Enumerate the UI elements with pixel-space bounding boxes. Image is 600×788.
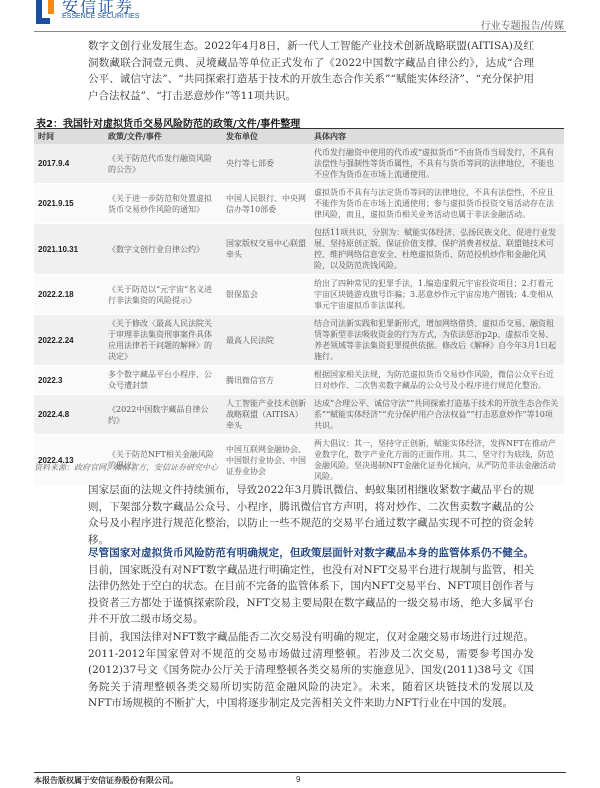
cell-date: 2017.9.4 [34, 144, 104, 184]
cell-policy: 《关于进一步防范和处置虚拟货币交易炒作风险的通知》 [104, 184, 222, 224]
report-type: 行业专题报告/传媒 [481, 17, 564, 32]
cell-date: 2021.10.31 [34, 224, 104, 275]
table-row: 2022.2.24《关于修改〈最高人民法院关于审理非法集资刑事案件具体应用法律若… [34, 315, 564, 366]
cell-policy: 多个数字藏品平台小程序、公众号遭封禁 [104, 366, 222, 395]
cell-date: 2022.4.8 [34, 395, 104, 435]
paragraph-3-body: 目前，国家既没有对NFT数字藏品进行明确定性，也没有对NFT交易平台进行规制与监… [88, 564, 534, 626]
cell-content: 结合司法新实践和犯罪新形式，增加网络借贷、虚拟币交易、融资租赁等新型非法吸收资金… [310, 315, 564, 366]
cell-content: 代币发行融资中使用的代币或“虚拟货币”不由货币当局发行，不具有法偿性与强制性等货… [310, 144, 564, 184]
cell-content: 虚拟货币不具有与法定货币等同的法律地位，不具有法偿性，不应且不能作为货币在市场上… [310, 184, 564, 224]
table-row: 2021.10.31《数字文创行业自律公约》国家版权交易中心联盟牵头包括11项共… [34, 224, 564, 275]
cell-issuer: 中国人民银行、中央网信办等10部委 [222, 184, 310, 224]
cell-policy: 《关于防范代币发行融资风险的公告》 [104, 144, 222, 184]
cell-date: 2021.9.15 [34, 184, 104, 224]
policy-table: 时间 政策/文件/事件 发布单位 具体内容 2017.9.4《关于防范代币发行融… [34, 128, 564, 486]
paragraph-1: 数字文创行业发展生态。2022年4月8日，新一代人工智能产业技术创新战略联盟(A… [88, 38, 534, 104]
cell-issuer: 人工智能产业技术创新战略联盟（AITISA）牵头 [222, 395, 310, 435]
cell-content: 根据国家相关法规，为防范虚拟货币交易炒作风险，微信公众平台近日对炒作、二次售卖数… [310, 366, 564, 395]
cell-issuer: 国家版权交易中心联盟牵头 [222, 224, 310, 275]
header-divider [34, 31, 566, 32]
cell-issuer: 央行等七部委 [222, 144, 310, 184]
logo-text-en: ESSENCE SECURITIES [62, 13, 139, 20]
paragraph-3: 尽管国家对虚拟货币风险防范有明确规定，但政策层面针对数字藏品本身的监管体系仍不健… [88, 545, 534, 628]
col-header-policy: 政策/文件/事件 [104, 129, 222, 145]
paragraph-2: 国家层面的法规文件持续颁布，导致2022年3月腾讯微信、蚂蚁集团相继收紧数字藏品… [88, 482, 534, 548]
cell-policy: 《关于防范NFT相关金融风险的倡议》 [104, 435, 222, 486]
cell-issuer: 最高人民法院 [222, 315, 310, 366]
paragraph-3-lead: 尽管国家对虚拟货币风险防范有明确规定，但政策层面针对数字藏品本身的监管体系仍不健… [88, 547, 534, 559]
cell-date: 2022.4.13 [34, 435, 104, 486]
table-row: 2022.2.18《关于防范以“元宇宙”名义进行非法集资的风险提示》银保监会给出… [34, 275, 564, 315]
table-row: 2021.9.15《关于进一步防范和处置虚拟货币交易炒作风险的通知》中国人民银行… [34, 184, 564, 224]
cell-content: 给出了四种常见的犯罪手法，1.编造虚假元宇宙投资项目；2.打着元宇宙区块链游戏旗… [310, 275, 564, 315]
cell-policy: 《2022中国数字藏品自律公约》 [104, 395, 222, 435]
table-source: 资料来源：政府官网、微信官方，安信证券研究中心 [34, 462, 218, 473]
page-number: 9 [296, 775, 300, 784]
col-header-issuer: 发布单位 [222, 129, 310, 145]
cell-policy: 《关于防范以“元宇宙”名义进行非法集资的风险提示》 [104, 275, 222, 315]
cell-date: 2022.3 [34, 366, 104, 395]
table-row: 2022.3多个数字藏品平台小程序、公众号遭封禁腾讯微信官方根据国家相关法规，为… [34, 366, 564, 395]
col-header-content: 具体内容 [310, 129, 564, 145]
logo-icon [36, 0, 54, 24]
table-row: 2022.4.13《关于防范NFT相关金融风险的倡议》中国互联网金融协会、中国银… [34, 435, 564, 486]
table-header-row: 时间 政策/文件/事件 发布单位 具体内容 [34, 129, 564, 145]
table-row: 2017.9.4《关于防范代币发行融资风险的公告》央行等七部委代币发行融资中使用… [34, 144, 564, 184]
cell-content: 两大倡议：其一，坚持守正创新，赋能实体经济，发挥NFT在推动产业数字化，数字产业… [310, 435, 564, 486]
table-row: 2022.4.8《2022中国数字藏品自律公约》人工智能产业技术创新战略联盟（A… [34, 395, 564, 435]
cell-policy: 《数字文创行业自律公约》 [104, 224, 222, 275]
cell-issuer: 腾讯微信官方 [222, 366, 310, 395]
cell-date: 2022.2.18 [34, 275, 104, 315]
cell-content: 达成“合理公平、诚信守法”“共同探索打造基于技术的开放生态合作关系”“赋能实体经… [310, 395, 564, 435]
cell-date: 2022.2.24 [34, 315, 104, 366]
cell-issuer: 中国互联网金融协会、中国银行业协会、中国证券业协会 [222, 435, 310, 486]
cell-issuer: 银保监会 [222, 275, 310, 315]
cell-content: 包括11项共识，分别为：赋能实体经济、弘扬民族文化、促进行业发展、坚持原创正版、… [310, 224, 564, 275]
page-header: 安信证券 ESSENCE SECURITIES 行业专题报告/传媒 [0, 0, 600, 36]
footer-divider [34, 772, 566, 773]
cell-policy: 《关于修改〈最高人民法院关于审理非法集资刑事案件具体应用法律若干问题的解释〉的决… [104, 315, 222, 366]
copyright-notice: 本报告版权属于安信证券股份有限公司。 [34, 775, 178, 786]
paragraph-4: 目前，我国法律对NFT数字藏品能否二次交易没有明确的规定，仅对金融交易市场进行过… [88, 629, 534, 712]
col-header-date: 时间 [34, 129, 104, 145]
